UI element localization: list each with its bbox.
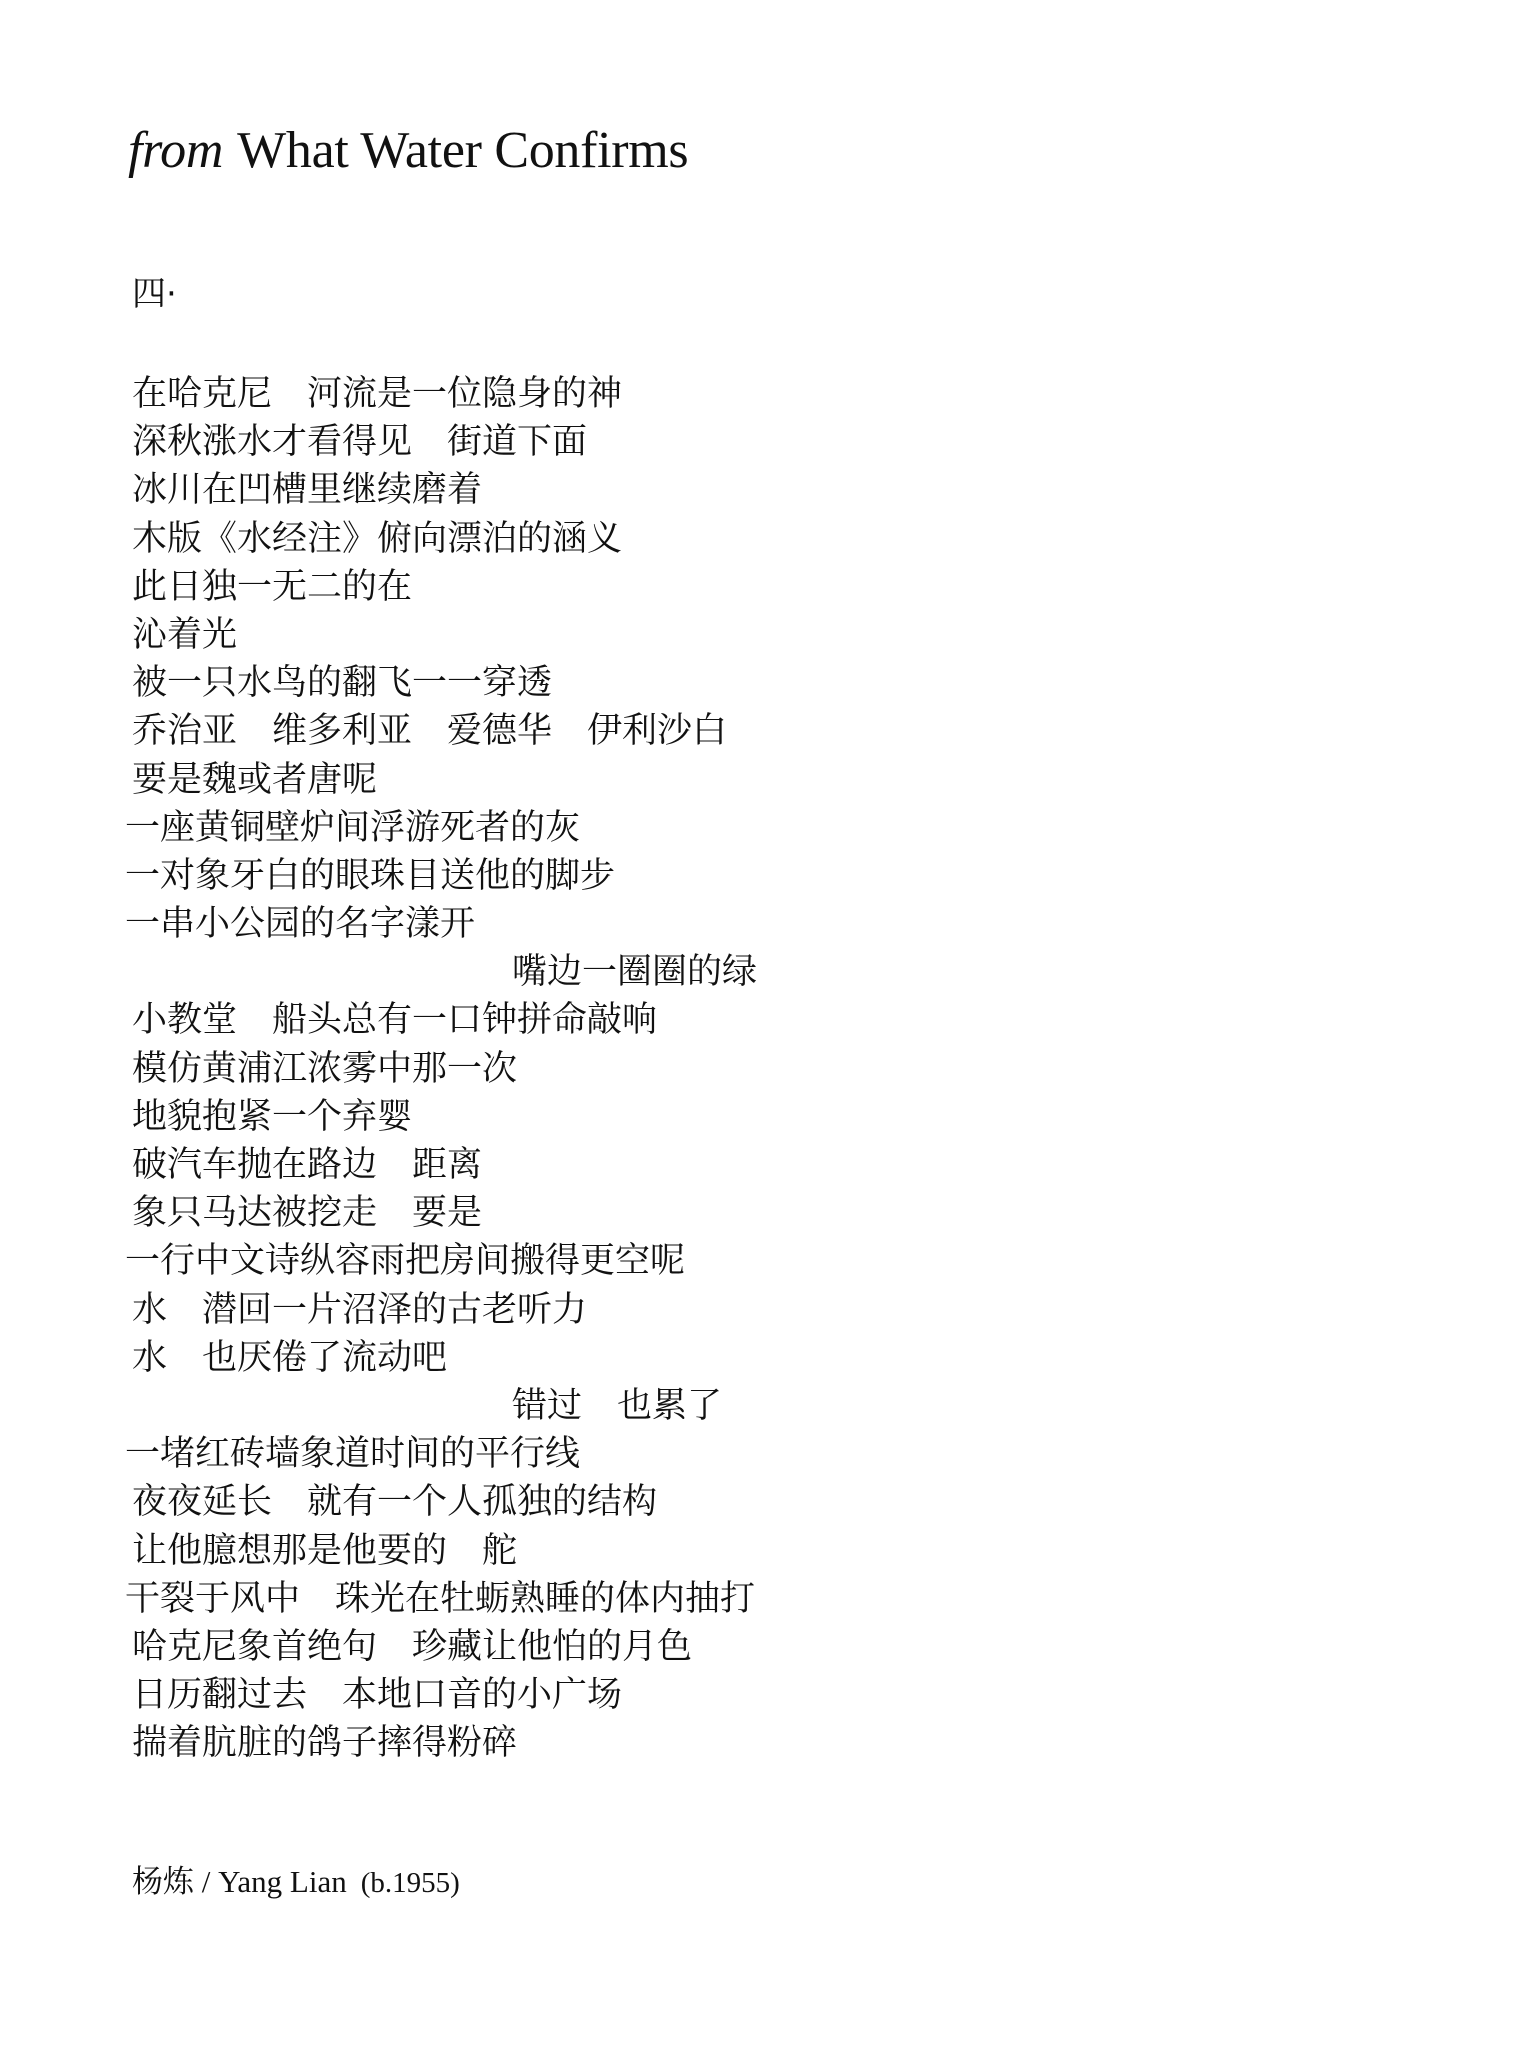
title-text: What Water Confirms — [237, 122, 688, 179]
poem-line: 哈克尼象首绝句 珍藏让他怕的月色 — [132, 1623, 757, 1671]
poem-line: 小教堂 船头总有一口钟拼命敲响 — [132, 996, 757, 1044]
poem-line: 乔治亚 维多利亚 爱德华 伊利沙白 — [132, 707, 757, 755]
poem-line: 破汽车抛在路边 距离 — [132, 1141, 757, 1189]
poem-line: 错过 也累了 — [132, 1382, 757, 1430]
author-attribution: 杨炼 / Yang Lian(b.1955) — [132, 1860, 460, 1910]
poem-line: 木版《水经注》俯向漂泊的涵义 — [132, 515, 757, 563]
poem-line: 象只马达被挖走 要是 — [132, 1189, 757, 1237]
poem-line: 一串小公园的名字漾开 — [125, 900, 757, 948]
author-birth-year: (b.1955) — [361, 1867, 460, 1899]
author-chinese-name: 杨炼 — [132, 1864, 194, 1900]
section-number: 四· — [132, 272, 177, 316]
poem-line: 嘴边一圈圈的绿 — [132, 948, 757, 996]
poem-line: 此日独一无二的在 — [132, 563, 757, 611]
poem-line: 冰川在凹槽里继续磨着 — [132, 466, 757, 514]
poem-line: 水 也厌倦了流动吧 — [132, 1334, 757, 1382]
poem-line: 日历翻过去 本地口音的小广场 — [132, 1671, 757, 1719]
poem-line: 深秋涨水才看得见 街道下面 — [132, 418, 757, 466]
poem-line: 被一只水鸟的翻飞一一穿透 — [132, 659, 757, 707]
poem-line: 夜夜延长 就有一个人孤独的结构 — [132, 1478, 757, 1526]
poem-line: 一座黄铜壁炉间浮游死者的灰 — [125, 804, 757, 852]
poem-page: fromWhat Water Confirms 四· 在哈克尼 河流是一位隐身的… — [0, 0, 1536, 2048]
poem-line: 干裂于风中 珠光在牡蛎熟睡的体内抽打 — [125, 1575, 757, 1623]
poem-line: 水 潜回一片沼泽的古老听力 — [132, 1286, 757, 1334]
poem-title: fromWhat Water Confirms — [128, 118, 688, 184]
poem-line: 一行中文诗纵容雨把房间搬得更空呢 — [125, 1237, 757, 1285]
poem-line: 让他臆想那是他要的 舵 — [132, 1527, 757, 1575]
poem-line: 模仿黄浦江浓雾中那一次 — [132, 1045, 757, 1093]
title-prefix: from — [128, 122, 223, 179]
poem-line: 一对象牙白的眼珠目送他的脚步 — [125, 852, 757, 900]
author-english-name: Yang Lian — [218, 1864, 347, 1899]
poem-line: 在哈克尼 河流是一位隐身的神 — [132, 370, 757, 418]
poem-line: 地貌抱紧一个弃婴 — [132, 1093, 757, 1141]
poem-line: 要是魏或者唐呢 — [132, 756, 757, 804]
poem-line: 沁着光 — [132, 611, 757, 659]
name-separator: / — [194, 1864, 218, 1899]
poem-body: 在哈克尼 河流是一位隐身的神深秋涨水才看得见 街道下面冰川在凹槽里继续磨着木版《… — [132, 370, 757, 1767]
poem-line: 一堵红砖墙象道时间的平行线 — [125, 1430, 757, 1478]
poem-line: 揣着肮脏的鸽子摔得粉碎 — [132, 1719, 757, 1767]
